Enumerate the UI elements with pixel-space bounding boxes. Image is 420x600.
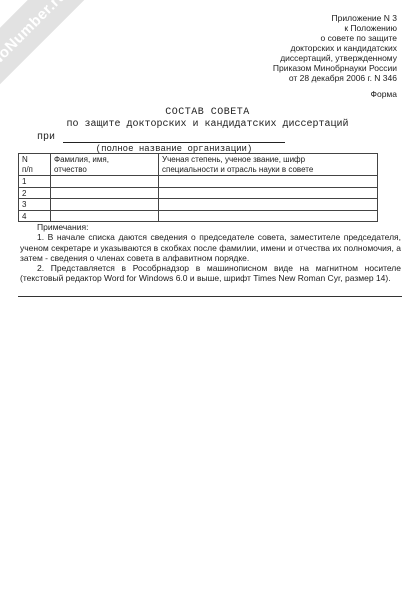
table-header-cell-num: N п/п xyxy=(19,154,51,176)
cell-name xyxy=(51,176,159,188)
watermark-ribbon: NoNumber.ru xyxy=(0,0,102,102)
pri-label: при xyxy=(37,132,55,144)
table-row: 2 xyxy=(19,187,378,199)
form-title: СОСТАВ СОВЕТА xyxy=(37,107,378,119)
organization-line: при xyxy=(37,131,378,143)
document-page: NoNumber.ru Приложение N 3 к Положению о… xyxy=(0,0,420,600)
table-header-row: N п/п Фамилия, имя, отчество Ученая степ… xyxy=(19,154,378,176)
page-divider xyxy=(18,296,402,297)
appendix-header-line: о совете по защите xyxy=(273,33,397,43)
form-subtitle: по защите докторских и кандидатских дисс… xyxy=(37,119,378,131)
table-header-cell-name: Фамилия, имя, отчество xyxy=(51,154,159,176)
cell-info xyxy=(159,210,378,222)
cell-num: 2 xyxy=(19,187,51,199)
form-label: Форма xyxy=(371,89,398,99)
cell-num: 3 xyxy=(19,199,51,211)
notes-title: Примечания: xyxy=(20,222,401,232)
council-table: N п/п Фамилия, имя, отчество Ученая степ… xyxy=(18,153,378,222)
appendix-header-line: Приложение N 3 xyxy=(273,13,397,23)
appendix-header-line: от 28 декабря 2006 г. N 346 xyxy=(273,73,397,83)
organization-blank-line xyxy=(63,132,285,143)
appendix-header-line: докторских и кандидатских xyxy=(273,43,397,53)
cell-name xyxy=(51,210,159,222)
appendix-header-line: диссертаций, утвержденному xyxy=(273,53,397,63)
appendix-header-line: к Положению xyxy=(273,23,397,33)
form-title-block: СОСТАВ СОВЕТА по защите докторских и кан… xyxy=(37,107,378,156)
appendix-header-line: Приказом Минобрнауки России xyxy=(273,63,397,73)
notes-section: Примечания: 1. В начале списка даются св… xyxy=(20,222,401,284)
table-row: 3 xyxy=(19,199,378,211)
cell-info xyxy=(159,187,378,199)
cell-name xyxy=(51,187,159,199)
note-item: 1. В начале списка даются сведения о пре… xyxy=(20,232,401,263)
watermark-text: NoNumber.ru xyxy=(0,0,70,70)
appendix-header: Приложение N 3 к Положению о совете по з… xyxy=(273,13,397,83)
cell-name xyxy=(51,199,159,211)
table-row: 4 xyxy=(19,210,378,222)
table-row: 1 xyxy=(19,176,378,188)
cell-num: 4 xyxy=(19,210,51,222)
cell-info xyxy=(159,176,378,188)
table-header-cell-degree: Ученая степень, ученое звание, шифр спец… xyxy=(159,154,378,176)
note-item: 2. Представляется в Рособрнадзор в машин… xyxy=(20,263,401,284)
cell-info xyxy=(159,199,378,211)
cell-num: 1 xyxy=(19,176,51,188)
